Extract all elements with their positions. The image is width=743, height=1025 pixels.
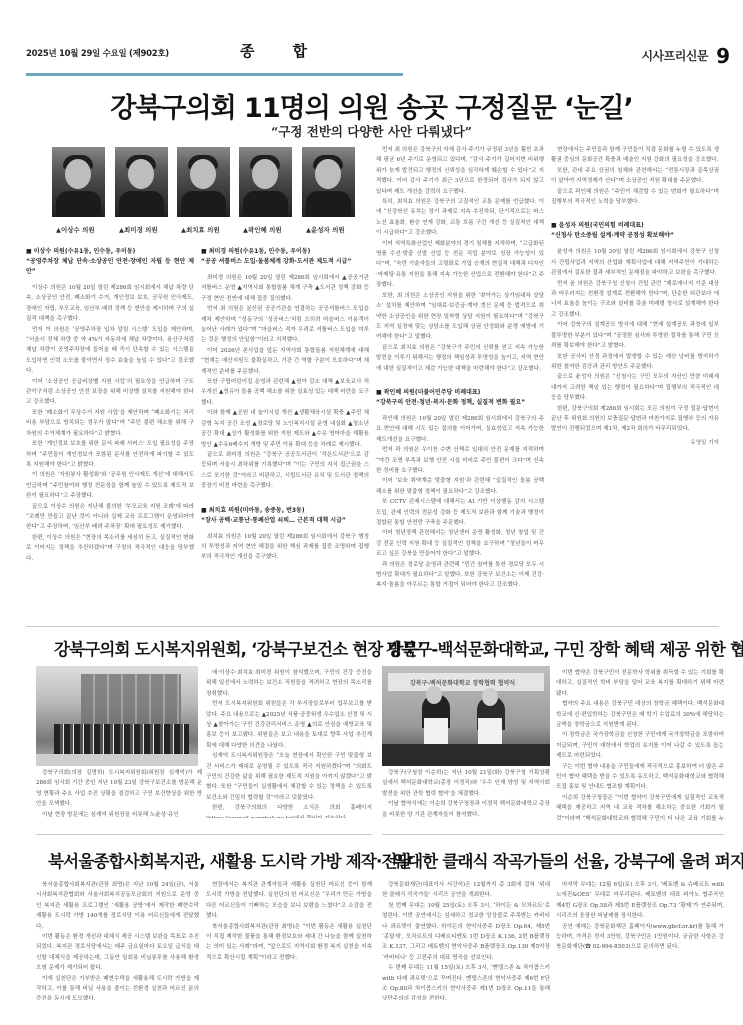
section-head: ■ 최미경 의원(수유1동, 인수동, 우이동) xyxy=(201,247,369,257)
masthead-rule xyxy=(26,73,403,76)
paragraph: 한편, 이상수 의원은 “현장의 목소리를 세심히 듣고, 실질적인 변화로 이… xyxy=(26,533,194,564)
paragraph: 구는 이번 협약 내용을 구민들에게 적극적으로 홍보하여 더 많은 주민이 협… xyxy=(556,762,724,793)
section-quote: “공영주차장 체납 단속·소상공인 안전·장애인 자립 등 현안 제안” xyxy=(26,257,194,277)
paragraph: 두 번째 무대는 11월 15일(토) 오후 3시, ‘멘델스존 & 차이콥스키… xyxy=(382,963,550,1000)
article-body: 애·이상수·최치효·최미경 위원이 참석했으며, 구민의 건강 증진을 위해 일… xyxy=(206,668,372,818)
paragraph: 또한 공사비 산정 과정에서 발생할 수 있는 예산 낭비를 방지하기 위한 철… xyxy=(551,352,719,373)
paragraph: 끝으로 윤성자 의원은 “신청사는 구민 모두의 자산인 만큼 미래세대까지 고… xyxy=(551,372,719,403)
newspaper-logo: 시사프리신문 xyxy=(641,47,708,64)
section-head: ■ 윤성자 의원(국민의힘 비례대표) xyxy=(551,221,719,231)
paragraph: 먼저 최 의원은 강북구의 자체 감사 주기가 규정된 3년을 훨씬 초과해 평… xyxy=(376,145,544,197)
paragraph: 첫 번째 무대는 10월 25일(토) 오후 3시, ‘하이든 & 모차르트’로… xyxy=(382,901,550,963)
article-photo xyxy=(36,666,198,766)
photo-caption: ▲곽인혜 의원 xyxy=(243,225,303,234)
councilor-photo xyxy=(177,147,230,217)
masthead: 2025년 10월 29일 수요일 (제902호) 종합 시사프리신문 9 xyxy=(0,0,743,80)
paragraph: 이순희 강북구청장은 “이번 협약이 강북구민에게 실질적인 교육적 혜택을 제… xyxy=(556,793,724,823)
paragraph: 현장에서는 복지관 관계자들과 새활용 실천단 어르신 등이 함께 도시락 가방… xyxy=(206,880,372,922)
paragraph: 이어 지역특화산업인 제화분야의 경기 침체를 지적하며, “고급화된 명품 수… xyxy=(376,239,544,291)
paragraph: 또한 ‘폐소화기 무상수거 지원 사업’을 제안하며 “폐소화기는 처리 비용 … xyxy=(26,408,194,439)
photo-banner-text: 강북구-백석문화대학교 장학협력 협약식 xyxy=(410,678,515,687)
photo-caption: 강북구의회(의장 김명희) 도시복지위원회(위원장 심재억)가 제286회 임시… xyxy=(36,768,202,820)
divider xyxy=(26,626,719,627)
paragraph: 끝으로 최치효 의원은 “강북구가 주민의 신뢰를 얻고 지속 가능한 발전을 … xyxy=(376,343,544,374)
paragraph: 애·이상수·최치효·최미경 위원이 참석했으며, 구민의 건강 증진을 위해 일… xyxy=(206,668,372,699)
paragraph: 또한 구립어린이집 운영과 관련해 ▲원아 감소 대책 ▲보육교사 처우개선 ▲… xyxy=(201,377,369,408)
paragraph: 이어 청년정책 관련해서는 청년센터 운영 활성화, 청년 창업 및 건강 전문… xyxy=(376,528,544,559)
article-body-col-1: 북서울종합사회복지관(관장 최명)은 지난 10월 24일(금), 서울시사회복… xyxy=(36,880,199,1000)
paragraph: 북서울종합사회복지관(관장 최명)은 지난 10월 24일(금), 서울시사회복… xyxy=(36,880,199,932)
paragraph: 이어 ‘소상공인 응급비상벨 지원 사업’의 필요성을 언급하며 구도 관악구처… xyxy=(26,377,194,408)
photo-caption: ▲이상수 의원 xyxy=(56,225,116,234)
article-headline: 북서울종합사회복지관, 새활용 도시락 가방 제작·전달 xyxy=(48,848,412,872)
paragraph: 이 장학금은 국가장학금을 신청한 구민에게 국가장학금을 포함하여 지급되며,… xyxy=(556,730,724,761)
lead-column-4: 현장에서는 주민들과 함께 구민들이 직접 문화를 누릴 수 있도록 생활권 중… xyxy=(551,145,719,615)
article-headline: 강북구의회 도시복지위원회, ‘강북구보건소 현장 방문’ xyxy=(54,636,423,660)
section-head: ■ 최치효 의원(미아동, 송중동, 번3동) xyxy=(201,506,369,516)
paragraph: 강북문화재단(대표이사 서강석)은 12월까지 총 3회에 걸쳐 ‘위대한 클래… xyxy=(382,880,550,901)
paragraph: 최치효 의원은 10월 20일 열린 제286회 임시회에서 강북구 행정의 투… xyxy=(201,532,369,563)
lead-column-2: ■ 최미경 의원(수유1동, 인수동, 우이동) “공공 셔틀버스 도입·돌봄체… xyxy=(201,245,369,615)
divider xyxy=(382,834,724,835)
paragraph: 이 의원은 ‘자원봉사 활성화’와 ‘공무원 인사제도 개선’에 대해서도 언급… xyxy=(26,470,194,501)
paragraph: 공연 예매는 강북문화재단 홈페이지(www.gbcf.or.kr)를 통해 가… xyxy=(556,922,724,953)
paragraph: 곽인혜 의원은 10월 20일 열린 제286회 임시회에서 강북구의 주요 현… xyxy=(376,414,544,445)
paragraph: 한편, 강북구의회 제286회 임시회는 모든 의원이 구정 질문·답변이 끝난… xyxy=(551,404,719,435)
paragraph: 먼저 곽 의원은 우이천 수변 산책로 일대의 안전 문제를 지적하며 “야간 … xyxy=(376,445,544,476)
paragraph: 마지막 무대는 12월 6일(토) 오후 3시, ‘베토벤 & 슈베르트 wit… xyxy=(556,880,724,922)
councilor-photo xyxy=(115,147,168,217)
paragraph: 현장에서는 주민들과 함께 구민들이 직접 문화를 누릴 수 있도록 생활권 중… xyxy=(551,145,719,166)
lead-headline: 강북구의회 11명의 의원 송곳 구정질문 ‘눈길’ xyxy=(0,86,743,125)
section-title: 종합 xyxy=(240,40,345,61)
photo-caption: 강북구(구청장 이순희)는 지난 10월 21일(화) 강북구청 기획상황실에서… xyxy=(382,768,550,820)
issue-date: 2025년 10월 29일 수요일 (제902호) xyxy=(26,47,169,59)
paragraph: 또한 ‘개인정보 보호를 위한 문서 파쇄 서비스’ 도입 필요성을 주장하며 … xyxy=(26,439,194,470)
paragraph: 먼저 윤 의원은 강북구청 신청사 건립 관련 “제로에너지 기준 대상과 어우… xyxy=(551,279,719,321)
paragraph: 한편, 강북구의회의 다양한 소식은 의회 홈페이지(https://counc… xyxy=(206,803,372,818)
paragraph: 협약의 주요 내용은 강북구민 대상의 장학금 혜택이다. 백석문화대학교에 신… xyxy=(556,699,724,730)
section-quote: “신청사 탄소중립 설계·계약 공정성 확보해야” xyxy=(551,231,719,241)
article-headline: 강북구-백석문화대학교, 구민 장학 혜택 제공 위한 협약 체결 xyxy=(386,636,743,660)
section-quote: “공공 셔틀버스 도입·돌봄체계 강화·도서관 제도적 시급” xyxy=(201,257,369,267)
lead-column-3: 먼저 최 의원은 강북구의 자체 감사 주기가 규정된 3년을 훨씬 초과해 평… xyxy=(376,145,544,615)
photo-caption: ▲최치효 의원 xyxy=(181,225,241,234)
paragraph: 곽 의원은 경로당 운영과 관련해 “민간 참여를 통한 경로당 모두 시범사업… xyxy=(376,560,544,591)
paragraph: 이번 협약은 강북구민이 전문학사 학위를 취득할 수 있는 기회를 확대하고,… xyxy=(556,668,724,699)
paragraph: 또한, 최 의원은 소상공인 지원을 위한 ‘찾아가는 상가임대차 상담소’ 설… xyxy=(376,291,544,343)
lead-column-1: ■ 이상수 의원(수유1동, 인수동, 우이동) “공영주차장 체납 단속·소상… xyxy=(26,245,194,615)
paragraph: 이어 ‘보육 취약계층 맞춤형 지원’과 관련해 “실질적인 돌봄 공백 해소를… xyxy=(376,476,544,497)
paragraph: 또한, 관내 주요 상권의 침체와 관련해서는 “전통시장과 골목상권이 살아야… xyxy=(551,166,719,187)
paragraph: 먼저 최 의원은 분산된 공공기관을 연결하는 공공셔틀버스 도입을 재차 제안… xyxy=(201,304,369,346)
divider xyxy=(36,834,372,835)
councilor-photo xyxy=(52,147,105,217)
paragraph: 북서울종합사회복지관(관장 최명)은 “이번 활동은 새활용 실천단이 직접 제… xyxy=(206,922,372,964)
paragraph: 끝으로 이상수 의원은 지난해 불의한 ‘부모교육 지원 조례’에 따라 “조례… xyxy=(26,502,194,533)
paragraph: 이상수 의원은 10월 20일 열린 제286회 임시회에서 체납 차량 단속,… xyxy=(26,283,194,325)
paragraph: 이날 현장 방문에는 심재억 위원장을 비롯해 노윤상·유인 xyxy=(36,810,202,820)
section-quote: “장사 공백·교통난·통폐산업 쇠퇴… 근본적 대책 시급” xyxy=(201,516,369,526)
article-body-col-2: 현장에서는 복지관 관계자들과 새활용 실천단 어르신 등이 함께 도시락 가방… xyxy=(206,880,372,1000)
paragraph: 이어 2026년 본사업을 앞둔 지역사회 통합돌봄 지원체계에 대해 “현재는… xyxy=(201,346,369,377)
paragraph: 이어 강북구의 설계공모 방식에 대해 “현재 설계공모 과정에 일부 불투명한… xyxy=(551,320,719,351)
paragraph: 최미경 의원은 10월 20일 열린 제286회 임시회에서 ▲공공기관 셔틀버… xyxy=(201,273,369,304)
paragraph: 이에 실천단은 기부받은 폐현수막을 새활용해 도시락 가방을 제작하고, 이를… xyxy=(36,974,199,1000)
article-body-col-1: 강북문화재단(대표이사 서강석)은 12월까지 총 3회에 걸쳐 ‘위대한 클래… xyxy=(382,880,550,1000)
photo-caption: ▲윤성자 의원 xyxy=(306,225,366,234)
paragraph: 이날 협약식에는 이순희 강북구청장과 이경직 백석문화대학교 총장을 비롯한 … xyxy=(382,799,550,820)
paragraph: 끝으로 최미경 의원은 “강북구 공공도서관이 ‘작은도서관’으로 감등되며 서… xyxy=(201,450,369,492)
paragraph: 먼저 도시복지위원회 위원들은 각 부서장들로부터 업무보고를 받았다. 주요 … xyxy=(206,699,372,751)
councilor-photo xyxy=(239,147,292,217)
paragraph: 이번 활동은 환경 개선과 대체식 제공 시스템 보완을 목표로 추진되었다. … xyxy=(36,932,199,974)
article-photo: 강북구-백석문화대학교 장학협력 협약식 xyxy=(382,666,550,766)
paragraph: 먼저 이 의원은 ‘공영주차장 입차 알림 시스템’ 도입을 제안하며, “서울… xyxy=(26,325,194,377)
paragraph: 강북구(구청장 이순희)는 지난 10월 21일(화) 강북구청 기획상황실에서… xyxy=(382,768,550,799)
byline: 유영일 기자 xyxy=(551,438,719,448)
paragraph: 또 CCTV 관제시스템에 대해서는 AI 기반 이상행동 감지 시스템 도입,… xyxy=(376,497,544,528)
section-head: ■ 이상수 의원(수유1동, 인수동, 우이동) xyxy=(26,247,194,257)
photo-caption: ▲최미경 의원 xyxy=(119,225,179,234)
paragraph: 특히, 최치효 의원은 강북구의 고질적인 교통 문제를 언급했다. 이에 “신… xyxy=(376,197,544,239)
paragraph: 심재억 도시복지위원장은 “오늘 현장에서 확인한 구민 맞춤형 보건 서비스가… xyxy=(206,751,372,803)
section-head: ■ 곽인혜 의원(더불어민주당 비례대표) xyxy=(376,388,544,398)
section-quote: “강북구의 안전·청년·복지·문화 정책, 실질적 변화 필요” xyxy=(376,398,544,408)
article-body-col-2: 마지막 무대는 12월 6일(토) 오후 3시, ‘베토벤 & 슈베르트 wit… xyxy=(556,880,724,1000)
article-headline: 위대한 클래식 작곡가들의 선율, 강북구에 울려 퍼지다 xyxy=(392,848,743,872)
paragraph: 끝으로 곽인혜 의원은 “주민이 체감할 수 있는 변화가 필요하다”며 집행부… xyxy=(551,187,719,208)
article-body: 이번 협약은 강북구민이 전문학사 학위를 취득할 수 있는 기회를 확대하고,… xyxy=(556,668,724,823)
paragraph: 이와 함께 ▲공원 내 놀이시설 개선 ▲생활체육시설 확충 ▲주민 체감형 녹… xyxy=(201,408,369,450)
lead-subheadline: “구정 전반의 다양한 사안 다뤄냈다” xyxy=(0,122,743,140)
councilor-photo xyxy=(302,147,355,217)
paragraph: 강북구의회(의장 김명희) 도시복지위원회(위원장 심재억)가 제286회 임시… xyxy=(36,768,202,810)
page-number: 9 xyxy=(716,44,730,68)
paragraph: 윤성자 의원은 10월 20일 열린 제286회 임시회에서 강북구 신청사 건… xyxy=(551,247,719,278)
